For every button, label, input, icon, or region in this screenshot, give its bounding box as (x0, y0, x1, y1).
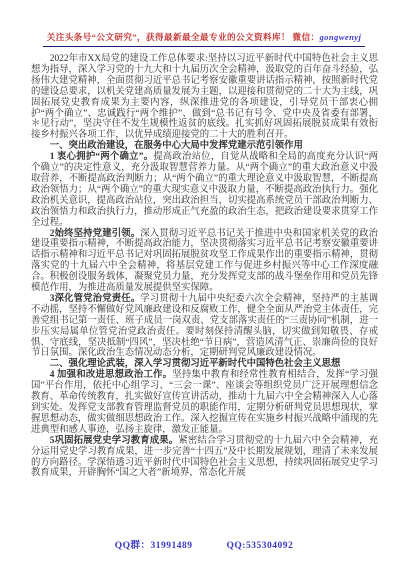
paragraph-lead: 2始终坚持党建引领。 (50, 229, 140, 239)
qq-group-number: 31991489 (151, 541, 193, 551)
footer-contact: QQ群：31991489QQ:535304092 (0, 537, 408, 551)
qq-label: QQ: (227, 541, 246, 551)
paragraph-lead: 4 加强和改进思想政治工作。 (50, 370, 172, 380)
header-notice-text: 关注头条号“公文研究”，获得最新最全最专业的公文资料库！ (47, 32, 290, 42)
document-page: 关注头条号“公文研究”，获得最新最全最专业的公文资料库！ 微信：gongweny… (0, 0, 408, 580)
section-heading: 一、突出政治建设，在服务中心大局中发挥党建示范引领作用 (31, 141, 378, 152)
qq-group-label: QQ群： (115, 541, 151, 551)
paragraph-lead: 5巩固拓展党史学习教育成果。 (50, 436, 179, 446)
paragraph: 4 加强和改进思想政治工作。坚持集中教育和经常性教育相结合，发挥“学习强国”平台… (31, 370, 378, 435)
paragraph: 3深化管党治党责任。学习贯彻十九届中央纪委六次全会精神，坚持严的主基调不动摇，坚… (31, 294, 378, 359)
section-heading: 二、强化理论武装，深入学习贯彻习近平新时代中国特色社会主义思想 (31, 359, 378, 370)
paragraph: 5巩固拓展党史学习教育成果。紧密结合学习贯彻党的十九届六中全会精神，充分运用党史… (31, 436, 378, 480)
paragraph: 2始终坚持党建引领。深入贯彻习近平总书记关于推进中央和国家机关党的政治建设重要指… (31, 229, 378, 294)
document-body: 2022年市XX局党的建设工作总体要求:坚持以习近平新时代中国特色社会主义思想为… (31, 54, 378, 479)
paragraph: 1 衷心拥护“两个确立”。提高政治站位，自觉从战略和全局的高度充分认识“两个确立… (31, 152, 378, 228)
paragraph-lead: 1 衷心拥护“两个确立”。 (50, 152, 153, 162)
paragraph-lead: 3深化管党治党责任。 (50, 294, 140, 304)
header-wechat-id: gongwenyj (319, 32, 361, 42)
header-wechat-label: 微信： (290, 32, 320, 42)
paragraph: 2022年市XX局党的建设工作总体要求:坚持以习近平新时代中国特色社会主义思想为… (31, 54, 378, 141)
header-banner: 关注头条号“公文研究”，获得最新最全最专业的公文资料库！ 微信：gongweny… (0, 27, 408, 47)
header-notice-line: 关注头条号“公文研究”，获得最新最全最专业的公文资料库！ 微信：gongweny… (43, 31, 366, 47)
qq-number: 535304092 (246, 541, 293, 551)
